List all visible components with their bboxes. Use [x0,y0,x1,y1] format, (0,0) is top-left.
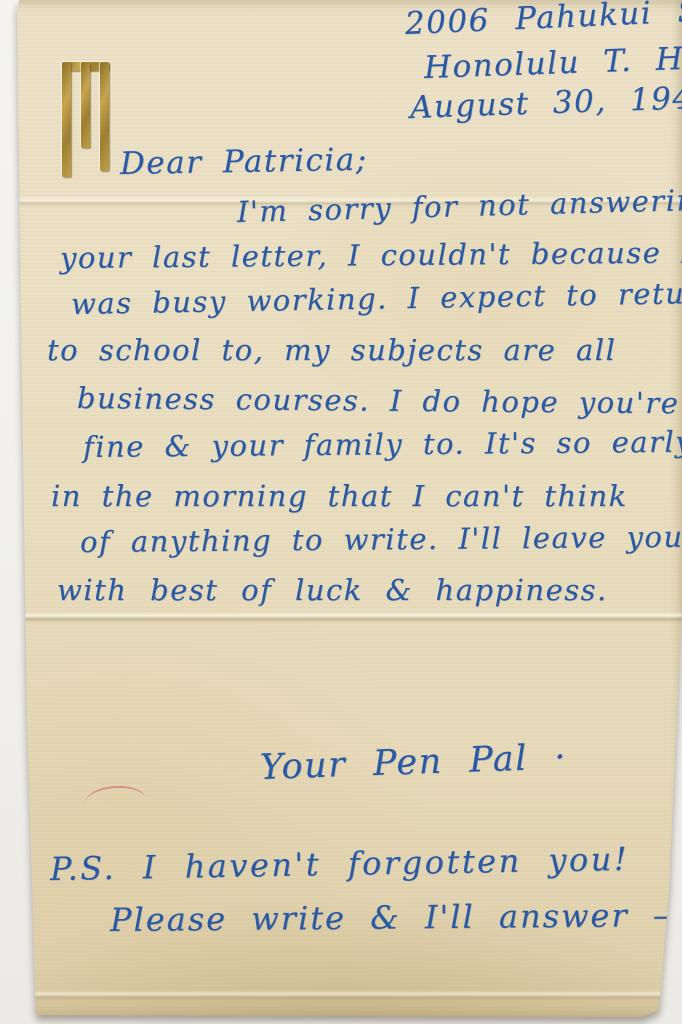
red-pencil-mark [84,784,147,804]
city-line: Honolulu T. H. [423,41,682,86]
body-line: fine & your family to. It's so early [83,425,682,464]
body-line: business courses. I do hope you're [77,381,680,420]
body-line: to school to, my subjects are all [47,333,616,367]
gold-monogram-m-icon [62,62,109,177]
salutation-line: Dear Patricia; [120,142,368,182]
body-line: of anything to write. I'll leave you [80,520,682,559]
postscript-line: P.S. I haven't forgotten you! [50,840,630,888]
letter-paper-wrap: 2006 Pahukui St Honolulu T. H. August 30… [0,0,682,1024]
body-line: I'm sorry for not answering [237,182,682,229]
body-line: was busy working. I expect to return [71,276,682,321]
postscript-line: Please write & I'll answer — [110,896,682,939]
letter-paper: 2006 Pahukui St Honolulu T. H. August 30… [0,0,682,1024]
body-line: your last letter, I couldn't because I [60,235,682,275]
body-line: in the morning that I can't think [51,479,628,513]
monogram-bar [62,62,71,177]
closing-line: Your Pen Pal · [259,737,567,788]
address-line: 2006 Pahukui St [404,0,682,42]
fold-crease-bottom [0,990,682,1002]
fold-crease-middle [0,612,682,624]
date-line: August 30, 1942 [409,79,682,126]
body-line: with best of luck & happiness. [57,573,608,607]
monogram-bar [81,62,90,148]
scanned-letter-page: 2006 Pahukui St Honolulu T. H. August 30… [0,0,682,1024]
monogram-bar [100,62,109,171]
